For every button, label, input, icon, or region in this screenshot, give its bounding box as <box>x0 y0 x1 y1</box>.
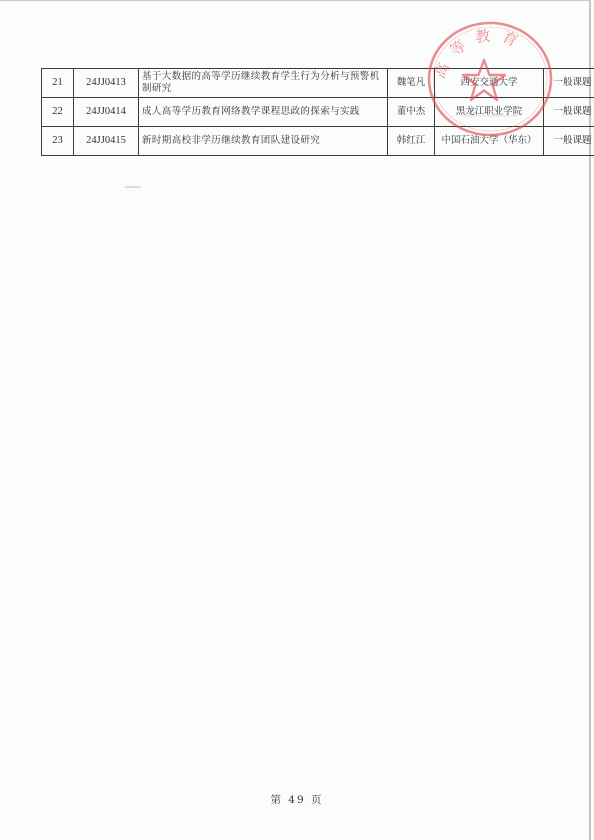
project-code: 24JJ0415 <box>74 127 139 156</box>
principal-investigator: 魏笔凡 <box>388 69 435 98</box>
row-number: 22 <box>42 98 74 127</box>
scan-artifact <box>125 186 141 188</box>
project-code: 24JJ0414 <box>74 98 139 127</box>
project-list-table: 21 24JJ0413 基于大数据的高等学历继续教育学生行为分析与预警机制研究 … <box>41 68 594 156</box>
institution: 黑龙江职业学院 <box>435 98 544 127</box>
project-title: 基于大数据的高等学历继续教育学生行为分析与预警机制研究 <box>139 69 388 98</box>
row-number: 21 <box>42 69 74 98</box>
principal-investigator: 董中杰 <box>388 98 435 127</box>
page-number: 第 49 页 <box>0 792 594 807</box>
project-category: 一般课题 <box>544 69 594 98</box>
project-category: 一般课题 <box>544 98 594 127</box>
institution: 西安交通大学 <box>435 69 544 98</box>
table-row: 21 24JJ0413 基于大数据的高等学历继续教育学生行为分析与预警机制研究 … <box>42 69 594 98</box>
row-number: 23 <box>42 127 74 156</box>
principal-investigator: 韩红江 <box>388 127 435 156</box>
project-code: 24JJ0413 <box>74 69 139 98</box>
project-title: 新时期高校非学历继续教育团队建设研究 <box>139 127 388 156</box>
table-row: 22 24JJ0414 成人高等学历教育网络教学课程思政的探索与实践 董中杰 黑… <box>42 98 594 127</box>
institution: 中国石油大学（华东） <box>435 127 544 156</box>
project-category: 一般课题 <box>544 127 594 156</box>
table-row: 23 24JJ0415 新时期高校非学历继续教育团队建设研究 韩红江 中国石油大… <box>42 127 594 156</box>
project-title: 成人高等学历教育网络教学课程思政的探索与实践 <box>139 98 388 127</box>
